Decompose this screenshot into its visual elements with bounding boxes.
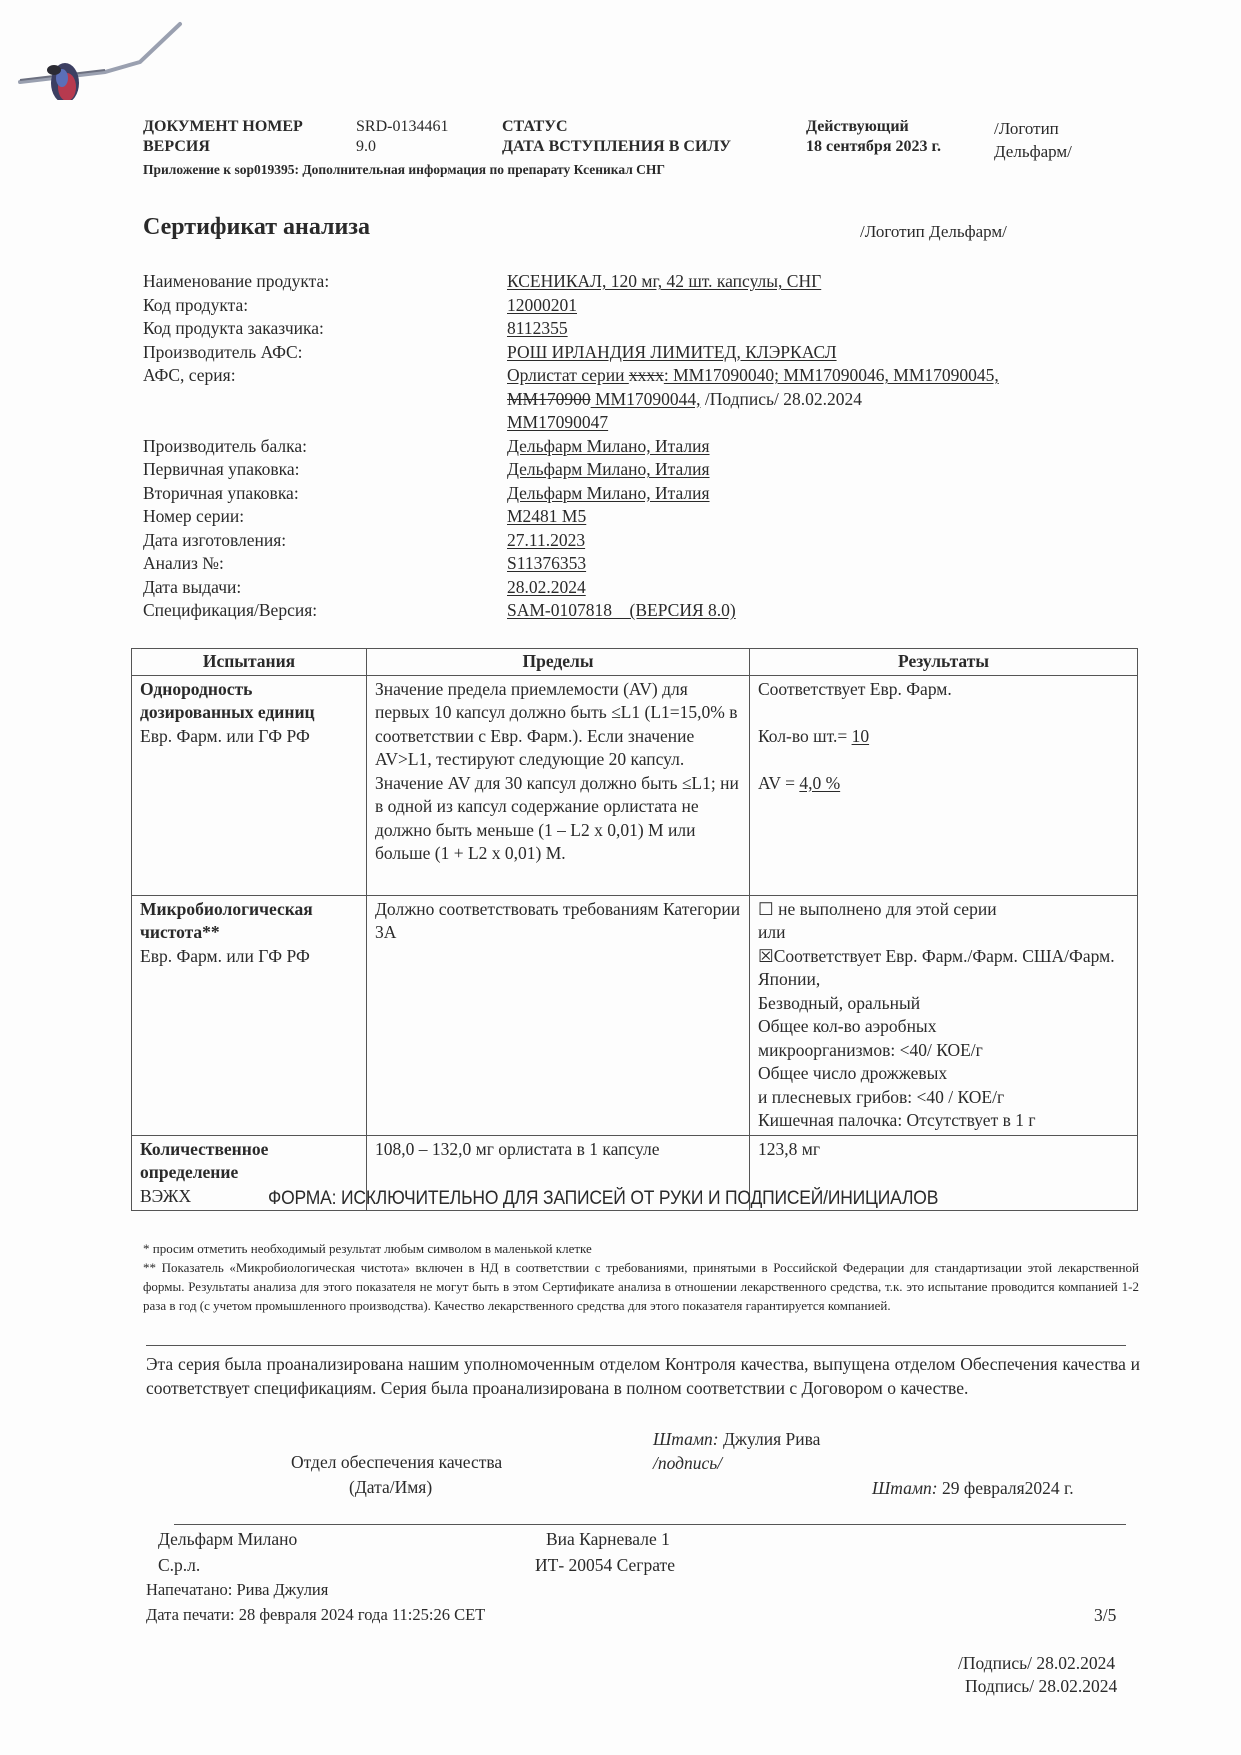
checkbox-unchecked-icon: ☐ — [758, 899, 774, 919]
info-row-manufacture-date: Дата изготовления: 27.11.2023 — [143, 529, 1147, 553]
api-batch-struck-text: хххх — [629, 365, 664, 385]
form-note: ФОРМА: ИСКЛЮЧИТЕЛЬНО ДЛЯ ЗАПИСЕЙ ОТ РУКИ… — [268, 1188, 938, 1210]
result-line: Безводный, оральный — [758, 992, 1129, 1016]
stamp-date-label: Штамп: — [872, 1478, 938, 1498]
page-number: 3/5 — [1094, 1603, 1116, 1627]
product-info: Наименование продукта: КСЕНИКАЛ, 120 мг,… — [143, 270, 1147, 623]
result-cell: ☐ не выполнено для этой серии или ☒Соотв… — [750, 895, 1138, 1135]
info-label: Производитель балка: — [143, 435, 507, 459]
stamp-name-value: Джулия Рива — [719, 1429, 821, 1449]
test-method: Евр. Фарм. или ГФ РФ — [140, 725, 358, 749]
page-title: Сертификат анализа — [143, 214, 370, 241]
info-row-api-batch: АФС, серия: Орлистат серии хххх: ММ17090… — [143, 364, 1147, 435]
divider — [146, 1345, 1126, 1346]
customer-code: 8112355 — [507, 318, 568, 338]
doc-number: SRD-0134461 — [356, 117, 448, 137]
info-label: Производитель АФС: — [143, 341, 507, 365]
version: 9.0 — [356, 137, 376, 157]
issue-date: 28.02.2024 — [507, 577, 586, 597]
info-label: Номер серии: — [143, 505, 507, 529]
qa-department: Отдел обеспечения качества — [291, 1450, 502, 1474]
info-row-analysis-no: Анализ №: S11376353 — [143, 552, 1147, 576]
company-suffix: С.р.л. — [158, 1553, 200, 1577]
test-method: Евр. Фарм. или ГФ РФ — [140, 945, 358, 969]
bottom-signature-1: /Подпись/ 28.02.2024 — [958, 1651, 1115, 1675]
result-qty-label: Кол-во шт.= — [758, 726, 852, 746]
test-name-line: Микробиологическая — [140, 898, 358, 922]
table-header-row: Испытания Пределы Результаты — [132, 649, 1138, 676]
column-header-results: Результаты — [750, 649, 1138, 676]
printed-by: Напечатано: Рива Джулия — [146, 1578, 328, 1602]
result-qty: 10 — [852, 726, 870, 746]
results-table: Испытания Пределы Результаты Однородност… — [131, 648, 1138, 1211]
info-label: Анализ №: — [143, 552, 507, 576]
info-label: Наименование продукта: — [143, 270, 507, 294]
paper-clip-icon — [10, 20, 190, 100]
print-date: Дата печати: 28 февраля 2024 года 11:25:… — [146, 1603, 485, 1627]
test-cell: Однородность дозированных единиц Евр. Фа… — [132, 675, 367, 895]
info-row-spec-version: Спецификация/Версия: SAM-0107818 (ВЕРСИЯ… — [143, 599, 1147, 623]
test-name-line: Однородность — [140, 678, 358, 702]
info-label: Код продукта: — [143, 294, 507, 318]
test-name-line: дозированных единиц — [140, 701, 358, 725]
info-label: Код продукта заказчика: — [143, 317, 507, 341]
result-line: Соответствует Евр. Фарм. — [758, 678, 1129, 702]
info-label: Спецификация/Версия: — [143, 599, 507, 623]
info-label: Дата выдачи: — [143, 576, 507, 600]
api-batch-line3: ММ17090047 — [507, 412, 608, 432]
header-logo-placeholder-line2: Дельфарм/ — [994, 141, 1072, 163]
company-name: Дельфарм Милано — [158, 1527, 297, 1551]
api-batch-line2: ММ17090044, — [591, 389, 701, 409]
secondary-packaging: Дельфарм Милано, Италия — [507, 483, 710, 503]
header-logo-placeholder-line1: /Логотип — [994, 118, 1059, 140]
address-line2: ИТ- 20054 Сеграте — [535, 1553, 675, 1577]
footnote-2: ** Показатель «Микробиологическая чистот… — [143, 1258, 1139, 1315]
info-row-secondary-packaging: Вторичная упаковка: Дельфарм Милано, Ита… — [143, 482, 1147, 506]
result-option-complies: Соответствует Евр. Фарм./Фарм. США/Фарм.… — [758, 946, 1115, 990]
result-line: Общее кол-во аэробных — [758, 1015, 1129, 1039]
info-row-bulk-manufacturer: Производитель балка: Дельфарм Милано, Ит… — [143, 435, 1147, 459]
info-row-api-manufacturer: Производитель АФС: РОШ ИРЛАНДИЯ ЛИМИТЕД,… — [143, 341, 1147, 365]
info-row-batch-number: Номер серии: M2481 M5 — [143, 505, 1147, 529]
limits-cell: Значение предела приемлемости (AV) для п… — [367, 675, 750, 895]
test-name-line: чистота** — [140, 921, 358, 945]
title-logo-placeholder: /Логотип Дельфарм/ — [860, 221, 1007, 243]
api-batch-struck-text: ММ170900 — [507, 389, 591, 409]
spec-version: SAM-0107818 (ВЕРСИЯ 8.0) — [507, 600, 736, 620]
result-cell: Соответствует Евр. Фарм. Кол-во шт.= 10 … — [750, 675, 1138, 895]
result-line: и плесневых грибов: <40 / КОЕ/г — [758, 1086, 1129, 1110]
info-row-product-name: Наименование продукта: КСЕНИКАЛ, 120 мг,… — [143, 270, 1147, 294]
column-header-tests: Испытания — [132, 649, 367, 676]
footnotes: * просим отметить необходимый результат … — [143, 1239, 1139, 1315]
limits-cell: Должно соответствовать требованиям Катег… — [367, 895, 750, 1135]
product-name: КСЕНИКАЛ, 120 мг, 42 шт. капсулы, СНГ — [507, 271, 821, 291]
batch-number: M2481 M5 — [507, 506, 586, 526]
status-label: СТАТУС — [502, 117, 568, 137]
result-line: Общее число дрожжевых — [758, 1062, 1129, 1086]
version-label: ВЕРСИЯ — [143, 137, 210, 157]
address-line1: Виа Карневале 1 — [546, 1527, 670, 1551]
bulk-manufacturer: Дельфарм Милано, Италия — [507, 436, 710, 456]
info-row-customer-code: Код продукта заказчика: 8112355 — [143, 317, 1147, 341]
checkbox-checked-icon: ☒ — [758, 946, 774, 966]
info-row-primary-packaging: Первичная упаковка: Дельфарм Милано, Ита… — [143, 458, 1147, 482]
stamp-date: Штамп: 29 февраля2024 г. — [872, 1476, 1074, 1500]
appendix-note: Приложение к sop019395: Дополнительная и… — [143, 162, 665, 178]
table-row-microbiological: Микробиологическая чистота** Евр. Фарм. … — [132, 895, 1138, 1135]
api-batch-line1: : ММ17090040; ММ17090046, ММ17090045, — [664, 365, 999, 385]
product-code: 12000201 — [507, 295, 577, 315]
info-label: АФС, серия: — [143, 364, 507, 435]
signature-mark: /подпись/ — [653, 1451, 722, 1475]
api-batch-signature: /Подпись/ 28.02.2024 — [701, 389, 863, 409]
stamp-name: Штамп: Джулия Рива — [653, 1427, 820, 1451]
manufacture-date: 27.11.2023 — [507, 530, 585, 550]
info-label: Вторичная упаковка: — [143, 482, 507, 506]
bottom-signature-2: Подпись/ 28.02.2024 — [965, 1674, 1117, 1698]
status-value: Действующий — [806, 117, 909, 137]
result-line: Кишечная палочка: Отсутствует в 1 г — [758, 1109, 1129, 1133]
date-name-label: (Дата/Имя) — [349, 1475, 432, 1499]
footnote-1: * просим отметить необходимый результат … — [143, 1239, 1139, 1258]
api-manufacturer: РОШ ИРЛАНДИЯ ЛИМИТЕД, КЛЭРКАСЛ — [507, 342, 837, 362]
info-label: Дата изготовления: — [143, 529, 507, 553]
test-name-line: Количественное — [140, 1138, 358, 1162]
effective-date-label: ДАТА ВСТУПЛЕНИЯ В СИЛУ — [502, 137, 731, 157]
result-line: микроорганизмов: <40/ КОЕ/г — [758, 1039, 1129, 1063]
api-batch-prefix: Орлистат серии — [507, 365, 629, 385]
divider — [174, 1524, 1126, 1525]
table-row-uniformity: Однородность дозированных единиц Евр. Фа… — [132, 675, 1138, 895]
stamp-date-value: 29 февраля2024 г. — [938, 1478, 1074, 1498]
result-av-label: AV = — [758, 773, 799, 793]
info-label: Первичная упаковка: — [143, 458, 507, 482]
doc-number-label: ДОКУМЕНТ НОМЕР — [143, 117, 303, 137]
info-row-issue-date: Дата выдачи: 28.02.2024 — [143, 576, 1147, 600]
result-or: или — [758, 921, 1129, 945]
effective-date: 18 сентября 2023 г. — [806, 137, 941, 157]
primary-packaging: Дельфарм Милано, Италия — [507, 459, 710, 479]
stamp-label: Штамп: — [653, 1429, 719, 1449]
result-option-not-performed: не выполнено для этой серии — [774, 899, 997, 919]
column-header-limits: Пределы — [367, 649, 750, 676]
release-statement: Эта серия была проанализирована нашим уп… — [146, 1352, 1140, 1400]
info-row-product-code: Код продукта: 12000201 — [143, 294, 1147, 318]
test-cell: Микробиологическая чистота** Евр. Фарм. … — [132, 895, 367, 1135]
analysis-number: S11376353 — [507, 553, 586, 573]
test-name-line: определение — [140, 1161, 358, 1185]
result-av: 4,0 % — [799, 773, 840, 793]
